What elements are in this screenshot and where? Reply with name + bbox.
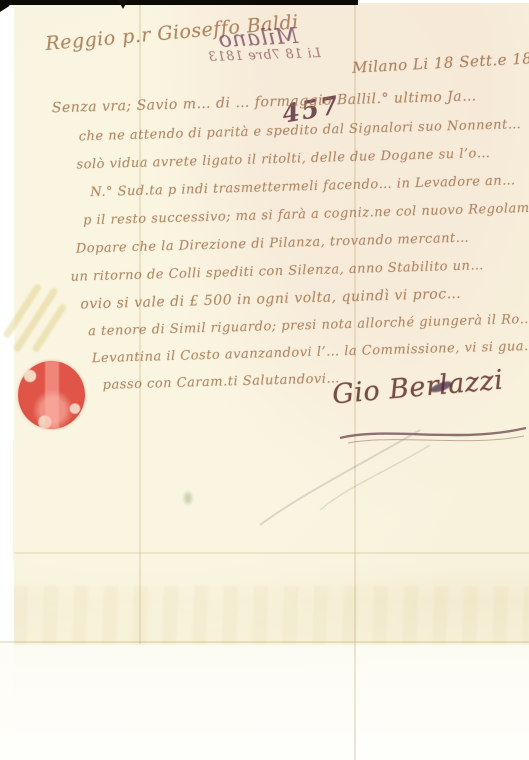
body-line: ovio si vale di £ 500 in ogni volta, qui…	[80, 286, 461, 313]
body-line: solò vidua avrete ligato il ritolti, del…	[76, 146, 490, 173]
body-line: N.° Sud.ta p indi trasmettermeli facendo…	[90, 173, 516, 200]
body-line: un ritorno de Colli spediti con Silenza,…	[70, 258, 484, 285]
body-line: Levantina il Costo avanzandovi l’… la Co…	[92, 339, 529, 366]
body-line: p il resto successivo; ma si farà a cogn…	[83, 201, 529, 229]
letter-scan: Reggio p.r Gioseffo Baldi Milano Li 18 7…	[0, 0, 529, 760]
body-line: a tenore di Simil riguardo; presi nota a…	[88, 312, 529, 339]
body-line: che ne attendo di parità e spedito dal S…	[79, 117, 522, 144]
pencil-smudge	[240, 425, 440, 535]
green-stain	[184, 492, 192, 504]
body-line: passo con Caram.ti Salutandovi…	[102, 371, 340, 393]
body-line: Dopare che la Direzione di Pilanza, trov…	[76, 231, 470, 257]
body-line: Senza vra; Savio m… di … formaggio Balli…	[52, 88, 477, 116]
